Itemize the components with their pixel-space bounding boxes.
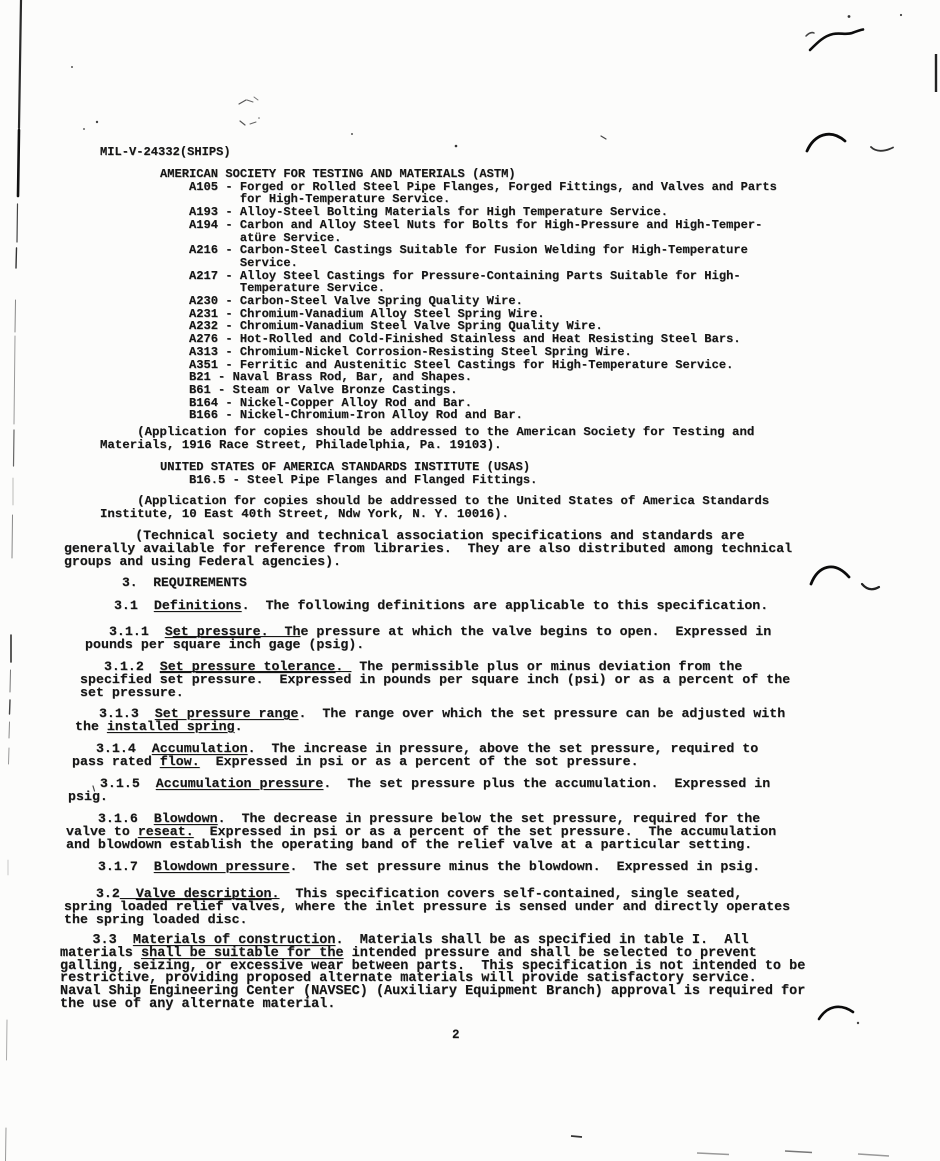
text-line: pass rated flow. Expressed in psi or as … bbox=[72, 756, 758, 769]
text-line: B16.5 - Steel Pipe Flanges and Flanged F… bbox=[160, 474, 537, 487]
text-line: specified set pressure. Expressed in pou… bbox=[80, 674, 790, 687]
para-3-1-6-blowdown: 3.1.6 Blowdown. The decrease in pressure… bbox=[66, 813, 776, 851]
text-line: set pressure. bbox=[80, 687, 790, 700]
document-page: { "colors": { "ink": "#161616", "paper":… bbox=[0, 0, 940, 1161]
para-3-1-definitions: 3.1 Definitions. The following definitio… bbox=[90, 600, 768, 613]
astm-reference-list: AMERICAN SOCIETY FOR TESTING AND MATERIA… bbox=[160, 168, 777, 422]
text-line: groups and using Federal agencies). bbox=[64, 556, 792, 569]
scanned-page: MIL-V-24332(SHIPS)AMERICAN SOCIETY FOR T… bbox=[0, 0, 940, 1161]
text-line: 3.1 Definitions. The following definitio… bbox=[90, 600, 768, 613]
text-line: Materials, 1916 Race Street, Philadelphi… bbox=[100, 439, 754, 452]
pen-arc-artifacts bbox=[807, 134, 893, 1024]
text-line: the use of any alternate material. bbox=[60, 999, 805, 1012]
para-3-1-3-set-pressure-range: 3.1.3 Set pressure range. The range over… bbox=[75, 708, 785, 734]
text-line: 3.1.7 Blowdown pressure. The set pressur… bbox=[66, 861, 760, 874]
text-line: and blowdown establish the operating ban… bbox=[66, 839, 776, 852]
text-line: pounds per square inch gage (psig). bbox=[85, 639, 771, 652]
para-3-1-4-accumulation: 3.1.4 Accumulation. The increase in pres… bbox=[72, 743, 758, 769]
usas-reference-list: UNITED STATES OF AMERICA STANDARDS INSTI… bbox=[160, 461, 537, 487]
doc-id-header: MIL-V-24332(SHIPS) bbox=[100, 146, 231, 159]
para-3-1-7-blowdown-pressure: 3.1.7 Blowdown pressure. The set pressur… bbox=[66, 861, 760, 874]
section-3-requirements: 3. REQUIREMENTS bbox=[122, 577, 247, 590]
para-3-3-materials-of-construction: 3.3 Materials of construction. Materials… bbox=[60, 935, 805, 1012]
para-3-1-1-set-pressure: 3.1.1 Set pressure. The pressure at whic… bbox=[85, 626, 771, 652]
text-line: Institute, 10 East 40th Street, Ndw York… bbox=[100, 508, 769, 521]
astm-address-note: (Application for copies should be addres… bbox=[100, 426, 754, 452]
page-number: 2 bbox=[452, 1028, 460, 1042]
pen-squiggle-artifact bbox=[806, 14, 902, 50]
para-3-1-5-accumulation-pressure: 3.1.5 Accumulation pressure. The set pre… bbox=[68, 778, 770, 804]
usas-address-note: (Application for copies should be addres… bbox=[100, 495, 769, 521]
text-line: 3. REQUIREMENTS bbox=[122, 577, 247, 590]
technical-society-note: (Technical society and technical associa… bbox=[64, 530, 792, 568]
text-line: the installed spring. bbox=[75, 721, 785, 734]
text-line: 3.1.5 Accumulation pressure. The set pre… bbox=[68, 778, 770, 791]
bottom-dash-artifacts bbox=[571, 1136, 889, 1156]
text-line: B166 - Nickel-Chromium-Iron Alloy Rod an… bbox=[160, 409, 777, 422]
para-3-2-valve-description: 3.2 Valve description. This specificatio… bbox=[64, 888, 790, 926]
left-edge-line-artifact bbox=[6, 0, 22, 1161]
para-3-1-2-set-pressure-tolerance: 3.1.2 Set pressure tolerance. The permis… bbox=[80, 661, 790, 699]
text-line: MIL-V-24332(SHIPS) bbox=[100, 146, 231, 159]
text-line: the spring loaded disc. bbox=[64, 914, 790, 927]
text-line: psig. bbox=[68, 791, 770, 804]
